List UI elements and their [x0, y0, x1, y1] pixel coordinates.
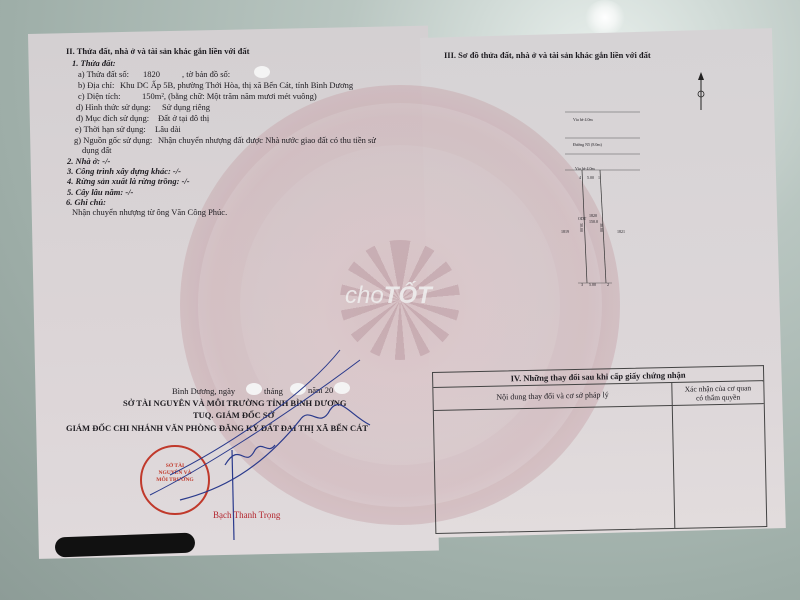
watermark-cho: cho: [345, 282, 384, 309]
sidewalk-top-1: Vỉa hè 4.0m: [573, 114, 593, 125]
neighbor-left: 1819: [561, 226, 569, 237]
chotot-watermark: choTỐT: [345, 282, 432, 310]
change-content-cell: [434, 406, 676, 533]
corner-tr: 1: [598, 172, 600, 183]
road-name: Đường N5 (8.0m): [573, 139, 602, 150]
col-authority-confirmation-header: Xác nhận của cơ quan có thẩm quyền: [672, 381, 763, 405]
confirmation-cell: [673, 404, 767, 528]
side-left-length: 30.00: [576, 223, 587, 232]
parcel-diagram: [540, 108, 660, 308]
width-bottom: 5.00: [589, 279, 596, 290]
watermark-tot: TỐT: [384, 282, 432, 309]
neighbor-right: 1821: [617, 226, 625, 237]
signer-name: Bạch Thanh Trọng: [213, 510, 280, 520]
north-arrow-icon: [694, 72, 708, 112]
side-right-length: 30.00: [596, 223, 607, 232]
section-iii-title: III. Sơ đồ thửa đất, nhà ở và tài sản kh…: [444, 50, 651, 61]
corner-tl: 4: [579, 172, 581, 183]
corner-bl: 3: [581, 279, 583, 290]
corner-br: 2: [607, 279, 609, 290]
changes-table: IV. Những thay đổi sau khi cấp giấy chứn…: [432, 365, 767, 534]
changes-table-body: [434, 404, 766, 533]
width-top: 5.00: [587, 172, 594, 183]
col2-header-line2: có thẩm quyền: [673, 392, 764, 403]
